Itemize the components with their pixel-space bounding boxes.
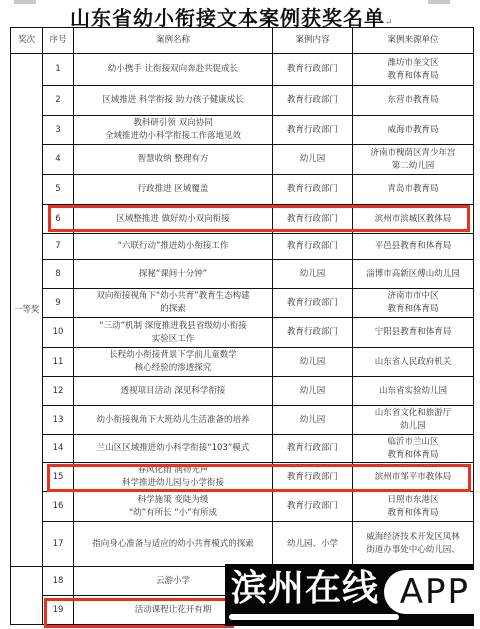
row-number: 17 [43,522,74,567]
case-source: 山东省文化和旅游厅 幼儿园 [353,406,474,435]
case-content: 教育行政部门 [273,318,353,348]
row-number: 14 [43,435,74,463]
case-content: 幼儿园、小学 [273,522,353,567]
case-content: 教育行政部门 [273,205,353,234]
case-source: 威海市教育局 [353,116,474,145]
table-row: 9双向衔接视角下“幼小共育”教育生态构建 的探索教育行政部门济南市市中区 教育和… [11,289,474,318]
row-number: 9 [43,289,74,318]
case-name: 区域推进 科学衔接 助力孩子健康成长 [74,86,273,116]
case-content: 教育行政部门 [273,116,353,145]
table-row: 11长程幼小衔接背景下学前儿童数学 核心经验的渗透探究幼儿园山东省人民政府机关 [11,348,474,377]
watermark-brand-en: APP [400,572,470,612]
row-number: 3 [43,116,74,145]
case-content: 教育行政部门 [273,234,353,260]
case-name: 幼小衔接视角下大班幼儿生活准备的培养 [74,406,273,435]
case-source: 淄博市高新区傅山幼儿园 [353,260,474,289]
case-content: 幼儿园 [273,260,353,289]
case-name: 春风化雨 润物无声 科学推进幼儿园与小学衔接 [74,463,273,492]
table-row: 7“六联行动”推进幼小衔接工作教育行政部门平邑县教育和体育局 [11,234,474,260]
row-number: 11 [43,348,74,377]
case-source: 威海经济技术开发区凤林 街道办事处中心幼儿园、 [353,522,474,567]
case-source: 宁阳县教育和体育局 [353,318,474,348]
case-name: “六联行动”推进幼小衔接工作 [74,234,273,260]
case-content: 教育行政部门 [273,289,353,318]
table-row: 16科学施策 变陡为缓 “幼”有所长 “小”有所成教育行政部门日照市东港区 教育… [11,492,474,522]
case-source: 临沂市兰山区 教育和体育局 [353,435,474,463]
case-content: 幼儿园 [273,145,353,175]
table-row: 8探秘“课间十分钟”幼儿园淄博市高新区傅山幼儿园 [11,260,474,289]
case-source: 山东省实验幼儿园 [353,377,474,406]
page-corner-mark-left [14,0,36,4]
case-name: 探秘“课间十分钟” [74,260,273,289]
watermark-swoosh [229,614,399,620]
table-body: 一等奖1幼小携手 让衔接双向奔赴共促成长教育行政部门潍坊市奎文区 教育和体育局2… [11,54,474,625]
case-source: 潍坊市奎文区 教育和体育局 [353,54,474,86]
watermark-brand-cn: 滨州在线 [231,567,379,611]
header-award: 奖次 [11,28,43,54]
case-name: 教科研引领 双向协同 全域推进幼小科学衔接工作落地见效 [74,116,273,145]
case-name: 智慧收纳 整理有方 [74,145,273,175]
case-name: 兰山区区域推进幼小科学衔接“103”模式 [74,435,273,463]
table-header-row: 奖次 序号 案例名称 案例内容 案例来源单位 [11,28,474,54]
case-source: 日照市东港区 教育和体育局 [353,492,474,522]
case-name: 长程幼小衔接背景下学前儿童数学 核心经验的渗透探究 [74,348,273,377]
case-name: 行政推进 区域覆盖 [74,175,273,205]
award-level-cell: 一等奖 [11,54,43,567]
case-name: 科学施策 变陡为缓 “幼”有所长 “小”有所成 [74,492,273,522]
table-row: 6区域整推进 做好幼小双向衔接教育行政部门滨州市滨城区教体局 [11,205,474,234]
row-number: 6 [43,205,74,234]
case-content: 教育行政部门 [273,54,353,86]
case-source: 东营市教育局 [353,86,474,116]
row-number: 2 [43,86,74,116]
row-number: 19 [43,596,74,625]
row-number: 16 [43,492,74,522]
table-row: 5行政推进 区域覆盖教育行政部门青岛市教育局 [11,175,474,205]
row-number: 1 [43,54,74,86]
header-number: 序号 [43,28,74,54]
header-case-source: 案例来源单位 [353,28,474,54]
case-content: 教育行政部门 [273,86,353,116]
row-number: 5 [43,175,74,205]
table-row: 一等奖1幼小携手 让衔接双向奔赴共促成长教育行政部门潍坊市奎文区 教育和体育局 [11,54,474,86]
case-name: 幼小携手 让衔接双向奔赴共促成长 [74,54,273,86]
table-row: 3教科研引领 双向协同 全域推进幼小科学衔接工作落地见效教育行政部门威海市教育局 [11,116,474,145]
document-title: 山东省幼小衔接文本案例获奖名单↵ [70,2,410,26]
case-source: 济南市槐荫区青少年宫 第二幼儿园 [353,145,474,175]
case-name: 区域整推进 做好幼小双向衔接 [74,205,273,234]
table-row: 2区域推进 科学衔接 助力孩子健康成长教育行政部门东营市教育局 [11,86,474,116]
table-row: 15春风化雨 润物无声 科学推进幼儿园与小学衔接教育行政部门滨州市邹平市教体局 [11,463,474,492]
table-row: 13幼小衔接视角下大班幼儿生活准备的培养幼儿园山东省文化和旅游厅 幼儿园 [11,406,474,435]
case-name: 透视项目活动 深见科学衔接 [74,377,273,406]
case-content: 教育行政部门 [273,435,353,463]
row-number: 13 [43,406,74,435]
case-content: 教育行政部门 [273,463,353,492]
row-number: 10 [43,318,74,348]
case-name: 指向身心准备与适应的幼小共育模式的探索 [74,522,273,567]
case-source: 山东省人民政府机关 [353,348,474,377]
case-name: 双向衔接视角下“幼小共育”教育生态构建 的探索 [74,289,273,318]
row-number: 18 [43,567,74,596]
header-case-content: 案例内容 [273,28,353,54]
watermark-banner: 滨州在线 APP [225,564,474,626]
case-source: 济南市市中区 教育和体育局 [353,289,474,318]
table-row: 14兰山区区域推进幼小科学衔接“103”模式教育行政部门临沂市兰山区 教育和体育… [11,435,474,463]
case-content: 幼儿园 [273,406,353,435]
row-number: 12 [43,377,74,406]
case-source: 青岛市教育局 [353,175,474,205]
row-number: 8 [43,260,74,289]
row-number: 4 [43,145,74,175]
case-name: “三动”机制 深度推进我县省级幼小衔接 实验区工作 [74,318,273,348]
case-content: 教育行政部门 [273,175,353,205]
table-row: 10“三动”机制 深度推进我县省级幼小衔接 实验区工作教育行政部门宁阳县教育和体… [11,318,474,348]
table-row: 17指向身心准备与适应的幼小共育模式的探索幼儿园、小学威海经济技术开发区凤林 街… [11,522,474,567]
case-content: 幼儿园 [273,348,353,377]
case-content: 教育行政部门 [273,492,353,522]
awards-table: 奖次 序号 案例名称 案例内容 案例来源单位 一等奖1幼小携手 让衔接双向奔赴共… [10,27,474,625]
row-number: 7 [43,234,74,260]
header-case-name: 案例名称 [74,28,273,54]
page-corner-mark-right [428,0,450,4]
case-source: 滨州市滨城区教体局 [353,205,474,234]
case-source: 平邑县教育和体育局 [353,234,474,260]
table-row: 12透视项目活动 深见科学衔接幼儿园山东省实验幼儿园 [11,377,474,406]
case-content: 幼儿园 [273,377,353,406]
case-source: 滨州市邹平市教体局 [353,463,474,492]
award-level-cell-continued [11,567,43,625]
row-number: 15 [43,463,74,492]
table-row: 4智慧收纳 整理有方幼儿园济南市槐荫区青少年宫 第二幼儿园 [11,145,474,175]
